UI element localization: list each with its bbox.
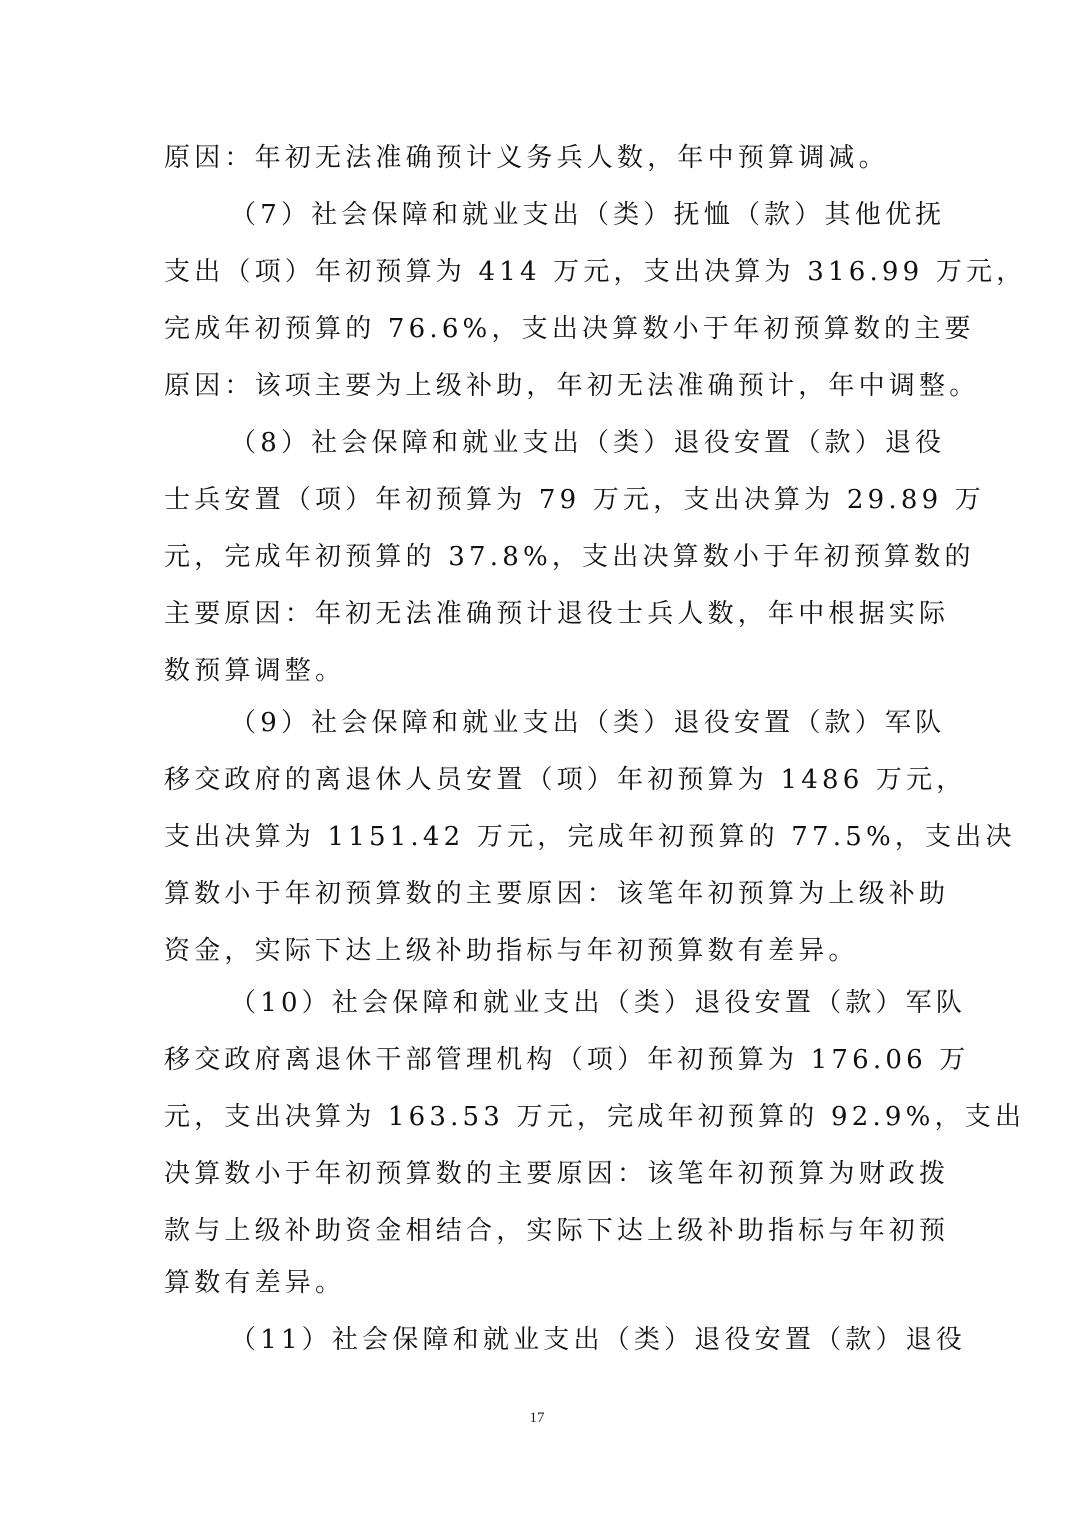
- text-line: 支出（项）年初预算为 414 万元，支出决算为 316.99 万元，: [164, 252, 916, 292]
- document-page: 原因：年初无法准确预计义务兵人数，年中预算调减。（7）社会保障和就业支出（类）抚…: [0, 0, 1074, 1520]
- text-line: 移交政府的离退休人员安置（项）年初预算为 1486 万元，: [164, 760, 916, 800]
- text-line: 主要原因：年初无法准确预计退役士兵人数，年中根据实际: [164, 594, 916, 634]
- text-line: 原因：该项主要为上级补助，年初无法准确预计，年中调整。: [164, 366, 916, 406]
- text-line: 完成年初预算的 76.6%，支出决算数小于年初预算数的主要: [164, 309, 916, 349]
- paragraph-first-line: （10）社会保障和就业支出（类）退役安置（款）军队: [230, 983, 916, 1023]
- text-line: 原因：年初无法准确预计义务兵人数，年中预算调减。: [164, 138, 916, 178]
- text-line: 算数小于年初预算数的主要原因：该笔年初预算为上级补助: [164, 874, 916, 914]
- page-number: 17: [0, 1410, 1074, 1427]
- text-line: 算数有差异。: [164, 1263, 916, 1303]
- text-line: 支出决算为 1151.42 万元，完成年初预算的 77.5%，支出决: [164, 817, 916, 857]
- text-line: 数预算调整。: [164, 651, 916, 691]
- text-line: 元，支出决算为 163.53 万元，完成年初预算的 92.9%，支出: [164, 1097, 916, 1137]
- text-line: 款与上级补助资金相结合，实际下达上级补助指标与年初预: [164, 1211, 916, 1251]
- paragraph-first-line: （7）社会保障和就业支出（类）抚恤（款）其他优抚: [230, 195, 916, 235]
- text-line: 元，完成年初预算的 37.8%，支出决算数小于年初预算数的: [164, 537, 916, 577]
- text-line: 移交政府离退休干部管理机构（项）年初预算为 176.06 万: [164, 1040, 916, 1080]
- paragraph-first-line: （8）社会保障和就业支出（类）退役安置（款）退役: [230, 423, 916, 463]
- paragraph-first-line: （11）社会保障和就业支出（类）退役安置（款）退役: [230, 1320, 916, 1360]
- text-line: 资金，实际下达上级补助指标与年初预算数有差异。: [164, 931, 916, 971]
- paragraph-first-line: （9）社会保障和就业支出（类）退役安置（款）军队: [230, 703, 916, 743]
- text-line: 士兵安置（项）年初预算为 79 万元，支出决算为 29.89 万: [164, 480, 916, 520]
- text-line: 决算数小于年初预算数的主要原因：该笔年初预算为财政拨: [164, 1154, 916, 1194]
